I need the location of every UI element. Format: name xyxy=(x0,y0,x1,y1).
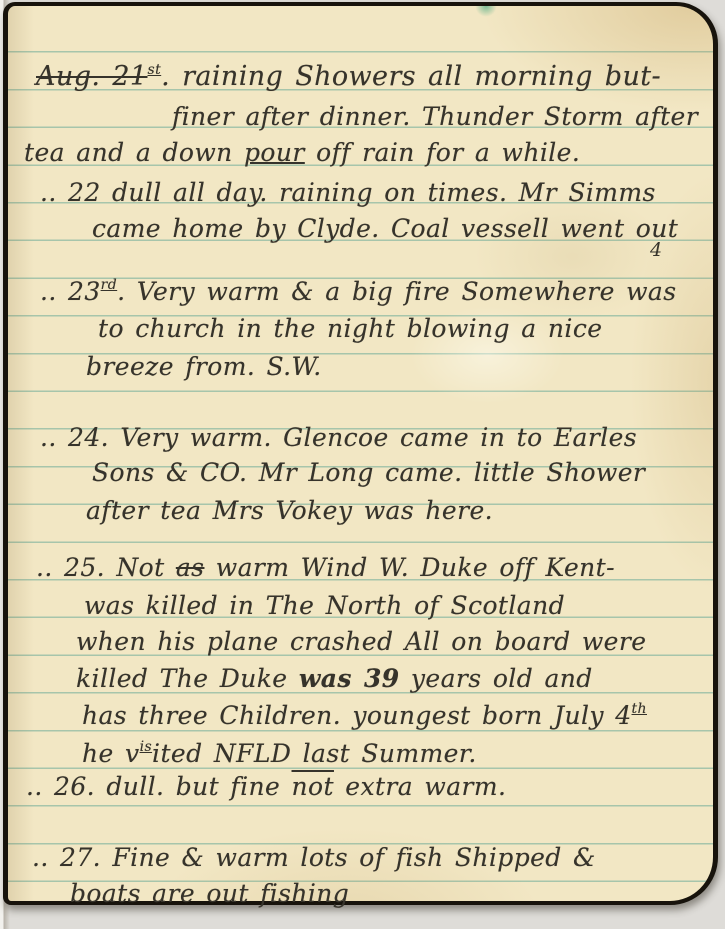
diary-line-aug23-2: to church in the night blowing a nice xyxy=(98,314,602,344)
diary-line-aug25-5: has three Children. youngest born July 4… xyxy=(82,701,647,735)
date-aug-21: Aug. 21 xyxy=(36,61,148,92)
diary-line-aug24-1: .. 24. Very warm. Glencoe came in to Ear… xyxy=(40,423,637,453)
text-segment: warm Wind W. Duke off Kent- xyxy=(204,553,615,582)
text-segment: off rain for a while. xyxy=(305,138,580,167)
text-segment: boats are out fishing xyxy=(70,879,349,908)
text-segment: was killed in The North of Scotland xyxy=(84,591,565,620)
text-segment: ited NFLD last Summer. xyxy=(152,739,477,768)
diary-line-aug25-2: was killed in The North of Scotland xyxy=(84,591,565,621)
text-segment: Sons & CO. Mr Long came. little Shower xyxy=(92,458,645,487)
diary-line-aug25-4: killed The Duke was 39 years old and xyxy=(76,664,593,694)
text-segment: .. 27. Fine & warm lots of fish Shipped … xyxy=(32,843,596,872)
diary-line-aug22-2: came home by Clyde. Coal vessell went ou… xyxy=(92,214,678,244)
text-segment: killed The Duke xyxy=(76,664,299,693)
overlined-word: not xyxy=(292,772,334,801)
diary-line-aug23-3: breeze from. S.W. xyxy=(86,352,322,382)
diary-line-aug24-2: Sons & CO. Mr Long came. little Shower xyxy=(92,458,645,488)
inserted-correction: is xyxy=(140,739,152,755)
text-segment: .. 25. Not xyxy=(36,553,176,582)
ordinal-rd: rd xyxy=(101,277,117,293)
ordinal-st: st xyxy=(148,62,162,78)
diary-line-aug23-1: .. 23rd. Very warm & a big fire Somewher… xyxy=(40,277,676,311)
text-segment: .. 26. dull. but fine xyxy=(26,772,292,801)
text-segment: . Very warm & a big fire Somewhere was xyxy=(117,277,676,306)
diary-line-aug22-1: .. 22 dull all day. raining on times. Mr… xyxy=(40,178,656,208)
diary-line-aug26-1: .. 26. dull. but fine not extra warm. xyxy=(26,772,506,802)
diary-line-aug25-6: he visited NFLD last Summer. xyxy=(82,739,477,773)
text-segment: after tea Mrs Vokey was here. xyxy=(86,496,493,525)
diary-page: Aug. 21st. raining Showers all morning b… xyxy=(3,2,718,905)
text-segment: he v xyxy=(82,739,140,768)
diary-line-aug21-1: Aug. 21st. raining Showers all morning b… xyxy=(36,62,661,96)
text-segment: to church in the night blowing a nice xyxy=(98,314,602,343)
diary-line-aug25-3: when his plane crashed All on board were xyxy=(76,627,646,657)
emphasized-age: was 39 xyxy=(299,664,400,693)
text-segment: when his plane crashed All on board were xyxy=(76,627,646,656)
text-segment: came home by Clyde. Coal vessell went ou… xyxy=(92,214,678,243)
text-segment: has three Children. youngest born July 4 xyxy=(82,701,632,730)
ordinal-th: th xyxy=(632,701,647,717)
diary-line-aug27-1: .. 27. Fine & warm lots of fish Shipped … xyxy=(32,843,596,873)
struck-word: as xyxy=(176,553,205,582)
text-segment: . raining Showers all morning but- xyxy=(161,61,661,92)
diary-line-aug21-3: tea and a down pour off rain for a while… xyxy=(24,138,580,168)
diary-line-aug24-3: after tea Mrs Vokey was here. xyxy=(86,496,493,526)
text-segment: pour xyxy=(244,138,305,167)
diary-line-aug25-1: .. 25. Not as warm Wind W. Duke off Kent… xyxy=(36,553,615,583)
text-segment: extra warm. xyxy=(334,772,506,801)
text-segment: finer after dinner. Thunder Storm after xyxy=(172,102,698,131)
diary-line-aug21-2: finer after dinner. Thunder Storm after xyxy=(172,102,698,132)
diary-line-aug27-2: boats are out fishing xyxy=(70,879,349,909)
text-segment: years old and xyxy=(400,664,593,693)
text-segment: tea and a down xyxy=(24,138,244,167)
text-segment: .. 22 dull all day. raining on times. Mr… xyxy=(40,178,656,207)
text-segment: .. 24. Very warm. Glencoe came in to Ear… xyxy=(40,423,637,452)
date-aug-23: .. 23 xyxy=(40,277,101,306)
text-segment: breeze from. S.W. xyxy=(86,352,322,381)
stray-mark: 4 xyxy=(650,239,662,261)
